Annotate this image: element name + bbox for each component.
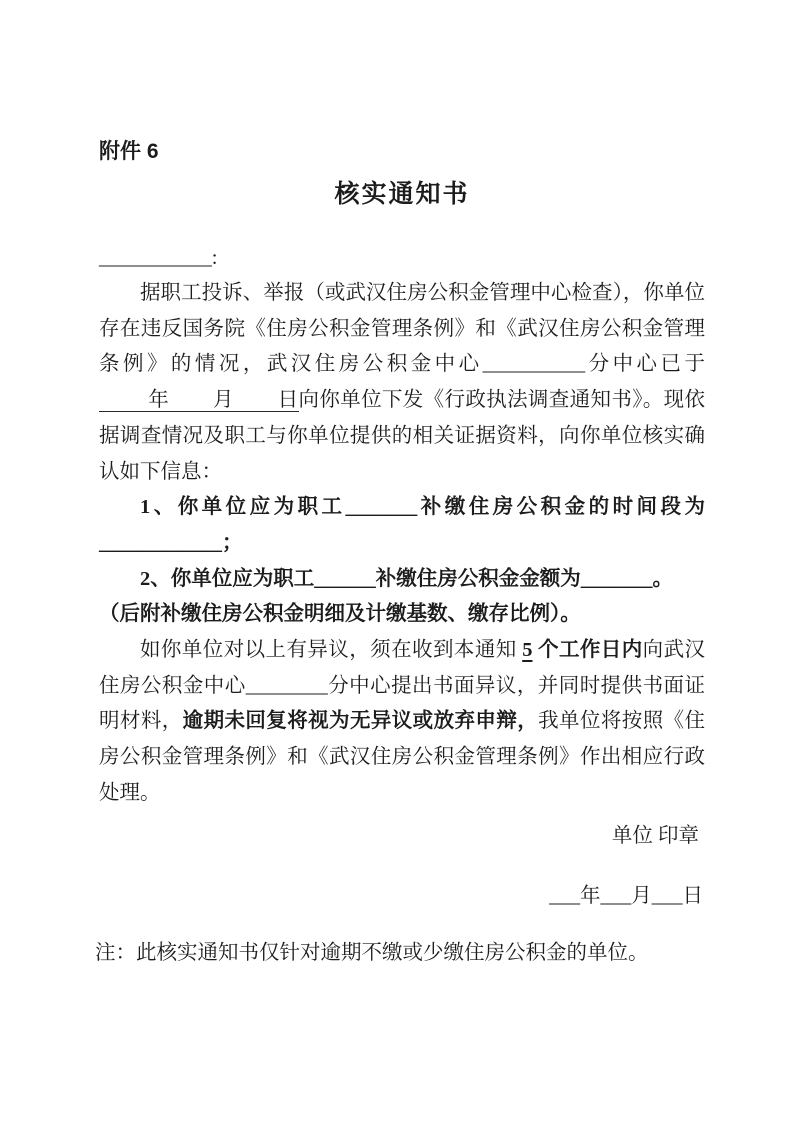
p2-period-blank: ____________ <box>99 532 222 554</box>
p5-deadline-text: 个工作日内 <box>532 639 642 661</box>
document-content: 附件 6 核实通知书 ___________: 据职工投诉、举报（或武汉住房公积… <box>99 134 705 971</box>
paragraph-attachment-note: （后附补缴住房公积金明细及计缴基数、缴存比例）。 <box>99 597 705 633</box>
p3-amount-blank: _______ <box>581 568 653 590</box>
addressee-colon: : <box>212 247 218 269</box>
signature-seal-line: 单位 印章 <box>99 818 705 854</box>
signature-date-line: ___年___月___日 <box>99 878 705 914</box>
document-page: 附件 6 核实通知书 ___________: 据职工投诉、举报（或武汉住房公积… <box>0 0 793 1122</box>
addressee-blank: ___________ <box>99 247 212 269</box>
footnote: 注：此核实通知书仅针对逾期不缴或少缴住房公积金的单位。 <box>95 936 705 972</box>
p3-employee-blank: ______ <box>314 568 376 590</box>
p2-text-1: 1、你单位应为职工 <box>140 496 346 518</box>
p5-warning-text: 逾期未回复将视为无异议或放弃申辩， <box>183 710 538 732</box>
p3-text-1: 2、你单位应为职工 <box>140 568 314 590</box>
p4-text: （后附补缴住房公积金明细及计缴基数、缴存比例）。 <box>99 603 581 625</box>
p3-text-3: 。 <box>653 568 674 590</box>
attachment-label: 附件 6 <box>99 134 705 170</box>
addressee-line: ___________: <box>99 240 705 276</box>
p5-branch-blank: ________ <box>246 675 328 697</box>
p1-date-blank: 年 月 日 <box>99 389 299 412</box>
p2-text-2: 补缴住房公积金的时间段为 <box>417 496 705 518</box>
paragraph-item-1: 1、你单位应为职工_______补缴住房公积金的时间段为____________… <box>99 490 705 561</box>
p1-branch-blank: __________ <box>483 353 586 375</box>
p3-text-2: 补缴住房公积金金额为 <box>376 568 581 590</box>
p1-text-2: 分中心已于 <box>585 353 705 375</box>
paragraph-item-2: 2、你单位应为职工______补缴住房公积金金额为_______。 <box>99 562 705 598</box>
p2-employee-blank: _______ <box>346 496 418 518</box>
p2-text-3: ； <box>222 532 243 554</box>
p5-text-1: 如你单位对以上有异议，须在收到本通知 <box>140 639 522 661</box>
paragraph-objection: 如你单位对以上有异议，须在收到本通知 5 个工作日内向武汉住房公积金中心____… <box>99 633 705 812</box>
paragraph-background: 据职工投诉、举报（或武汉住房公积金管理中心检查），你单位存在违反国务院《住房公积… <box>99 276 705 490</box>
p5-deadline-number: 5 <box>522 639 532 661</box>
document-title: 核实通知书 <box>99 176 705 214</box>
